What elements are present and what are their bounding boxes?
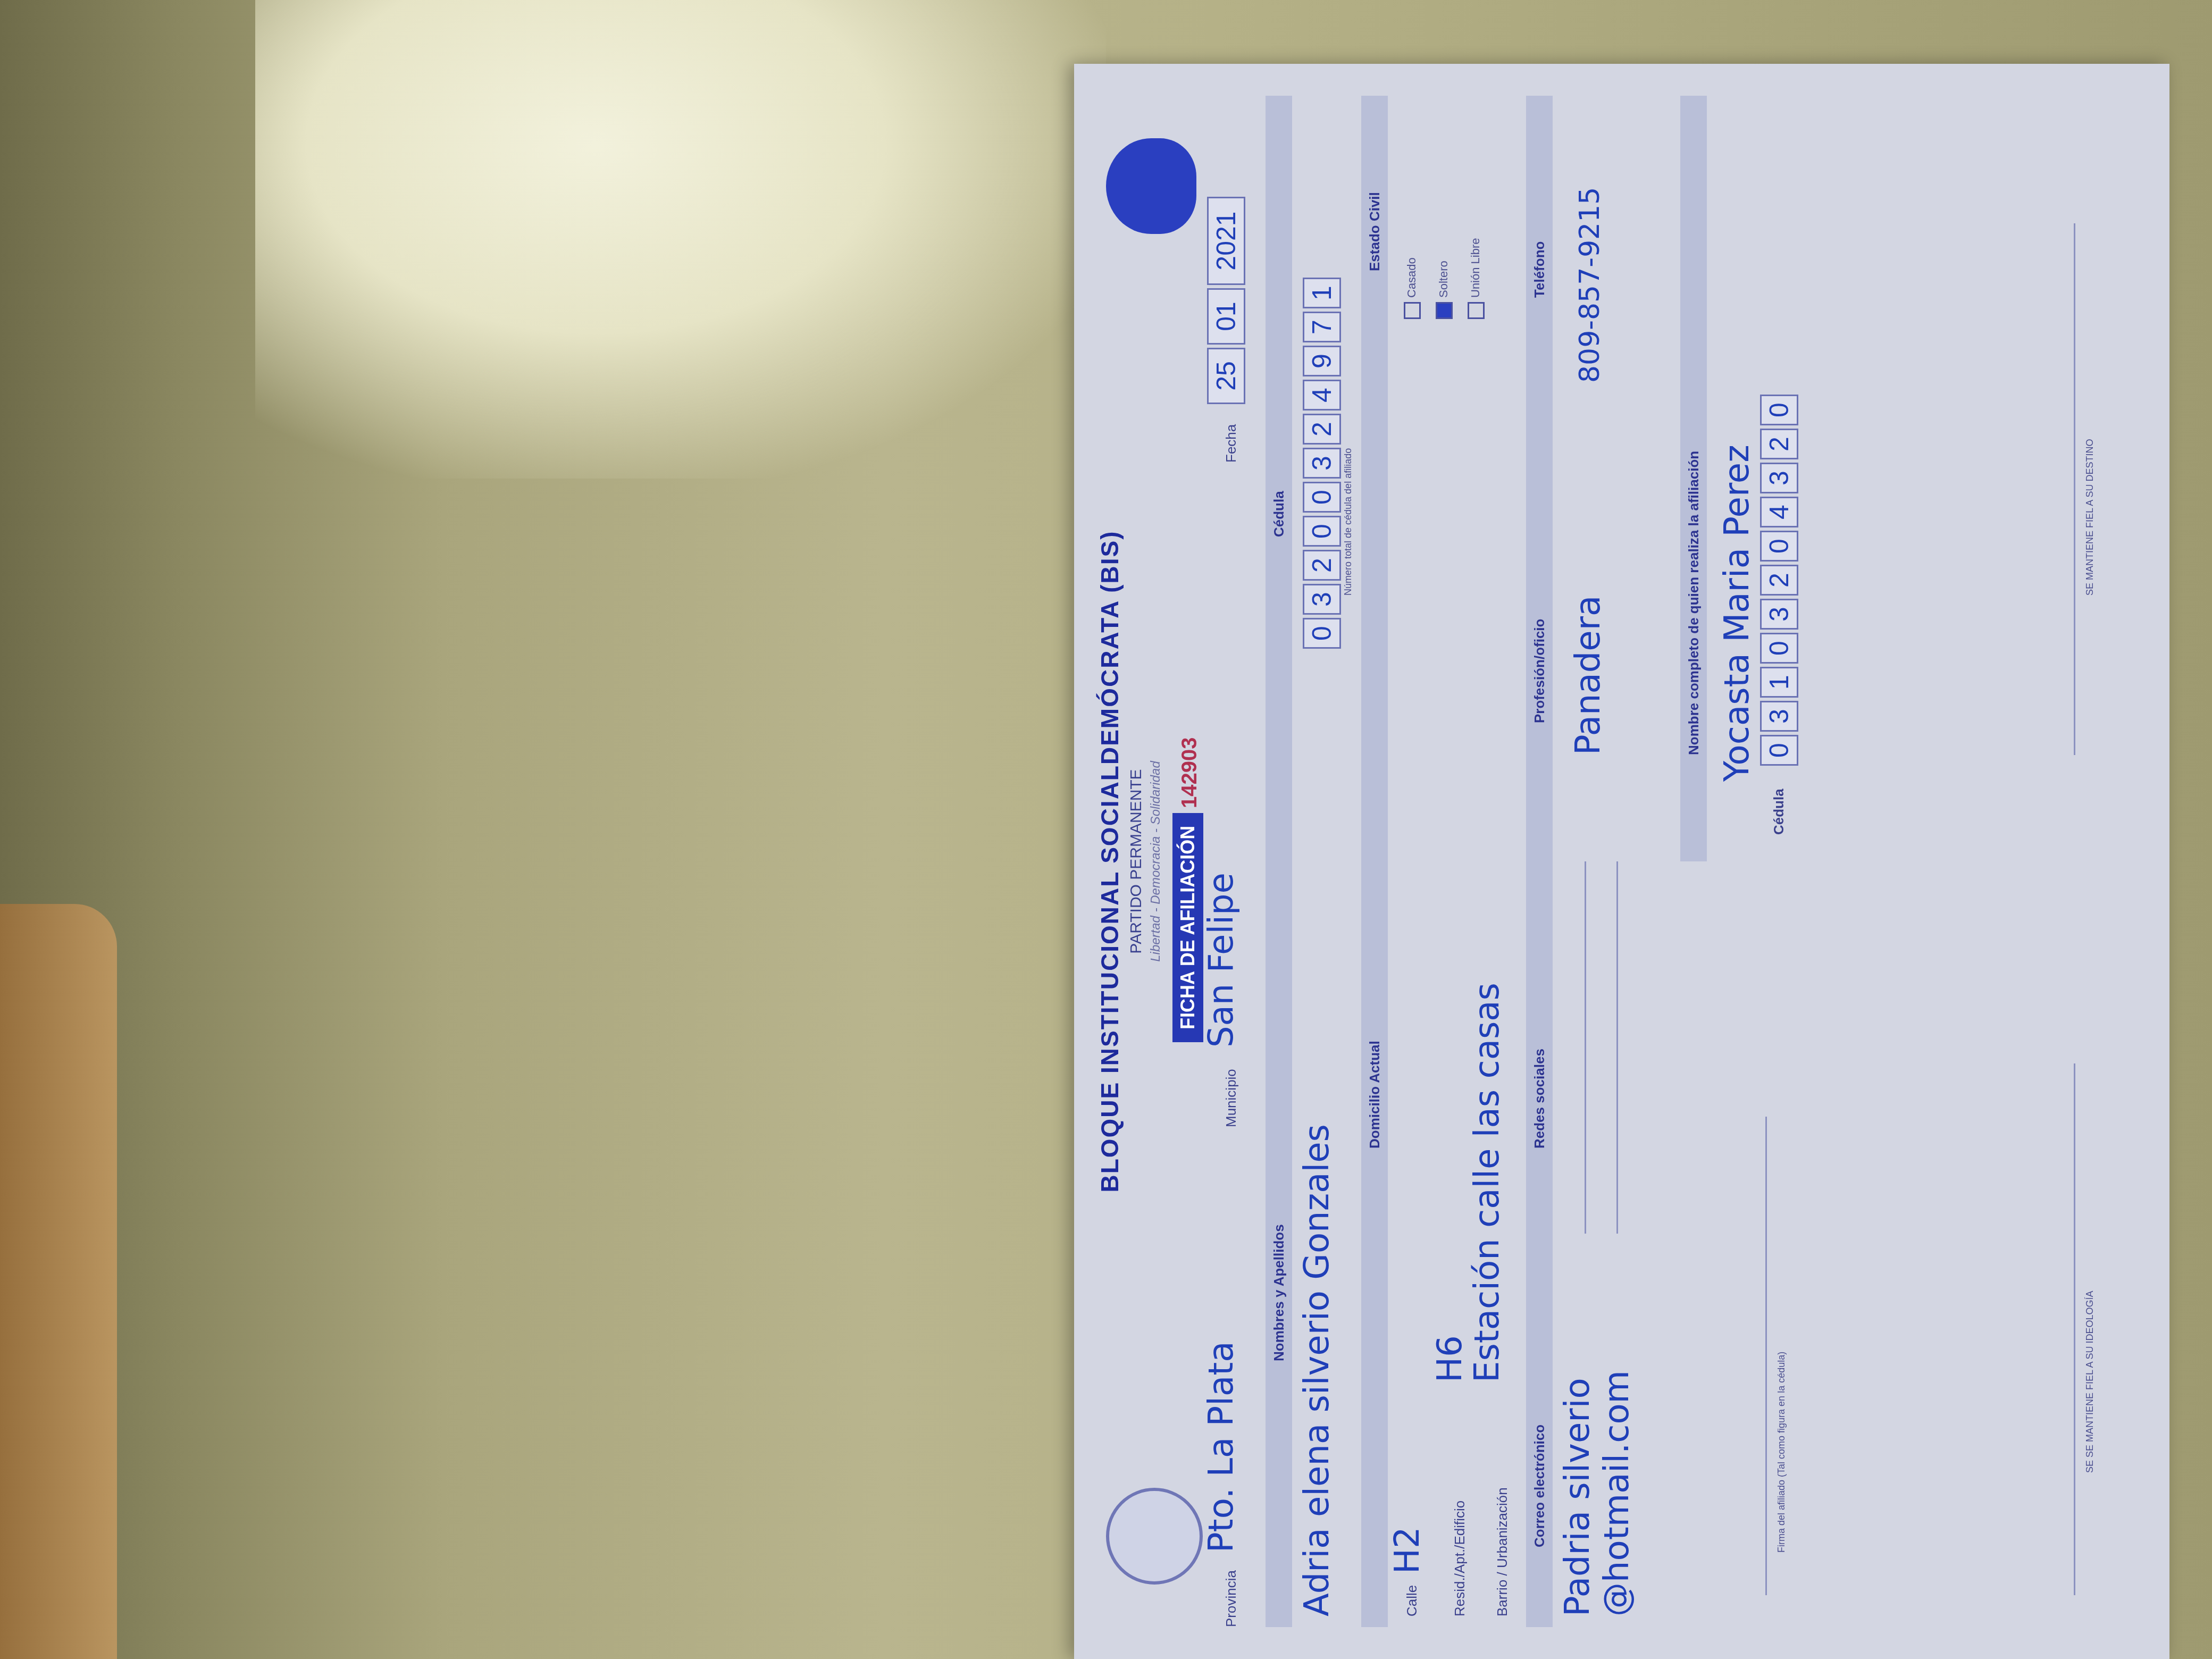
date-year: 2021	[1207, 197, 1245, 285]
background-wall-light	[255, 0, 1106, 479]
municipality-label: Municipio	[1223, 1069, 1239, 1127]
civil-status-married-checkbox[interactable]	[1404, 302, 1421, 319]
email-field[interactable]: Padria silverio @hotmail.com	[1558, 1297, 1637, 1616]
date-month: 01	[1207, 288, 1245, 345]
email-header: Correo electrónico	[1531, 1425, 1548, 1547]
name-id-header: Nombres y Apellidos Cédula	[1266, 96, 1292, 1627]
province-field[interactable]: Pto. La Plata	[1202, 1341, 1241, 1553]
affiliator-id-digit: 3	[1760, 463, 1798, 493]
civil-status-header: Estado Civil	[1367, 192, 1383, 271]
id-digit: 1	[1303, 278, 1341, 308]
id-digit: 0	[1303, 516, 1341, 547]
serial-number: 142903	[1178, 738, 1202, 808]
id-number-field[interactable]: 0 3 2 0 0 3 2 4 9 7 1	[1303, 278, 1341, 649]
date-day: 25	[1207, 348, 1245, 404]
contact-header: Correo electrónico Redes sociales Profes…	[1526, 96, 1553, 1627]
affiliation-form: BLOQUE INSTITUCIONAL SOCIALDEMÓCRATA (BI…	[1074, 64, 2169, 1659]
id-digit: 2	[1303, 550, 1341, 581]
full-name-field[interactable]: Adria elena silverio Gonzales	[1297, 1124, 1337, 1616]
social-field-facebook[interactable]	[1585, 861, 1586, 1234]
affiliator-id-digit: 0	[1760, 395, 1798, 425]
civil-status-single-checkbox[interactable]	[1436, 302, 1453, 319]
affiliator-id-digit: 4	[1760, 497, 1798, 527]
form-title-badge: FICHA DE AFILIACIÓN	[1172, 813, 1203, 1042]
civil-status-union-label: Unión Libre	[1469, 238, 1482, 298]
social-header: Redes sociales	[1531, 1049, 1548, 1149]
affiliator-header: Nombre completo de quien realiza la afil…	[1680, 96, 1707, 861]
footer-right-text: SE MANTIENE FIEL A SU DESTINO	[2084, 439, 2096, 596]
id-digit: 9	[1303, 346, 1341, 376]
id-hint: Número total de cédula del afiliado	[1343, 448, 1354, 596]
phone-header: Teléfono	[1531, 241, 1548, 298]
affiliator-id-digit: 3	[1760, 701, 1798, 732]
profession-header: Profesión/oficio	[1531, 619, 1548, 723]
affiliator-id-digit: 1	[1760, 667, 1798, 698]
id-header: Cédula	[1271, 491, 1287, 537]
civil-status-single-label: Soltero	[1437, 261, 1451, 298]
building-field[interactable]: H6	[1430, 1335, 1470, 1382]
date-field[interactable]: 25 01 2021	[1207, 197, 1245, 404]
affiliator-id-digit: 2	[1760, 429, 1798, 459]
affiliator-id-digit: 3	[1760, 599, 1798, 630]
organization-title: BLOQUE INSTITUCIONAL SOCIALDEMÓCRATA (BI…	[1095, 96, 1124, 1627]
sector-label: Barrio / Urbanización	[1494, 1487, 1511, 1616]
affiliator-id-field[interactable]: 0 3 1 0 3 2 0 4 3 2 0	[1760, 395, 1798, 766]
id-digit: 2	[1303, 414, 1341, 445]
affiliator-id-digit: 0	[1760, 633, 1798, 664]
background-hand	[0, 904, 117, 1659]
affiliator-id-digit: 2	[1760, 565, 1798, 596]
organization-subtitle: PARTIDO PERMANENTE	[1127, 96, 1145, 1627]
name-header: Nombres y Apellidos	[1271, 1224, 1287, 1361]
date-label: Fecha	[1223, 424, 1239, 463]
id-digit: 3	[1303, 584, 1341, 615]
building-label: Resid./Apt./Edificio	[1452, 1501, 1468, 1616]
signature-label: Firma del afiliado (Tal como figura en l…	[1776, 1352, 1787, 1553]
id-digit: 7	[1303, 312, 1341, 342]
affiliator-id-digit: 0	[1760, 531, 1798, 562]
affiliator-id-digit: 0	[1760, 735, 1798, 766]
id-digit: 4	[1303, 380, 1341, 410]
footer-line-left	[2074, 1063, 2075, 1595]
affiliation-form-paper: BLOQUE INSTITUCIONAL SOCIALDEMÓCRATA (BI…	[1074, 64, 2169, 1659]
id-digit: 0	[1303, 618, 1341, 649]
sector-field[interactable]: Estación calle las casas	[1468, 983, 1507, 1382]
affiliator-name-field[interactable]: Yocasta Maria Perez	[1717, 445, 1757, 782]
municipality-field[interactable]: San Felipe	[1202, 873, 1241, 1048]
footer-line-right	[2074, 223, 2075, 755]
civil-status-married-label: Casado	[1405, 257, 1419, 298]
civil-status-union-checkbox[interactable]	[1468, 302, 1485, 319]
affiliator-id-label: Cédula	[1771, 789, 1787, 835]
profession-field[interactable]: Panadera	[1569, 596, 1608, 755]
address-header: Domicilio Actual Estado Civil	[1361, 96, 1388, 1627]
footer-left-text: SE SE MANTIENE FIEL A SU IDEOLOGÍA	[2084, 1291, 2096, 1473]
id-digit: 0	[1303, 482, 1341, 513]
social-field-twitter[interactable]	[1616, 861, 1618, 1234]
street-field[interactable]: H2	[1388, 1527, 1427, 1574]
affiliator-header-label: Nombre completo de quien realiza la afil…	[1686, 451, 1702, 755]
id-digit: 3	[1303, 448, 1341, 479]
phone-field[interactable]: 809-857-9215	[1574, 187, 1606, 383]
province-label: Provincia	[1223, 1570, 1239, 1627]
address-header-label: Domicilio Actual	[1367, 1041, 1383, 1149]
organization-tagline: Libertad - Democracia - Solidaridad	[1149, 96, 1163, 1627]
signature-line[interactable]	[1765, 1117, 1767, 1595]
street-label: Calle	[1404, 1585, 1420, 1616]
